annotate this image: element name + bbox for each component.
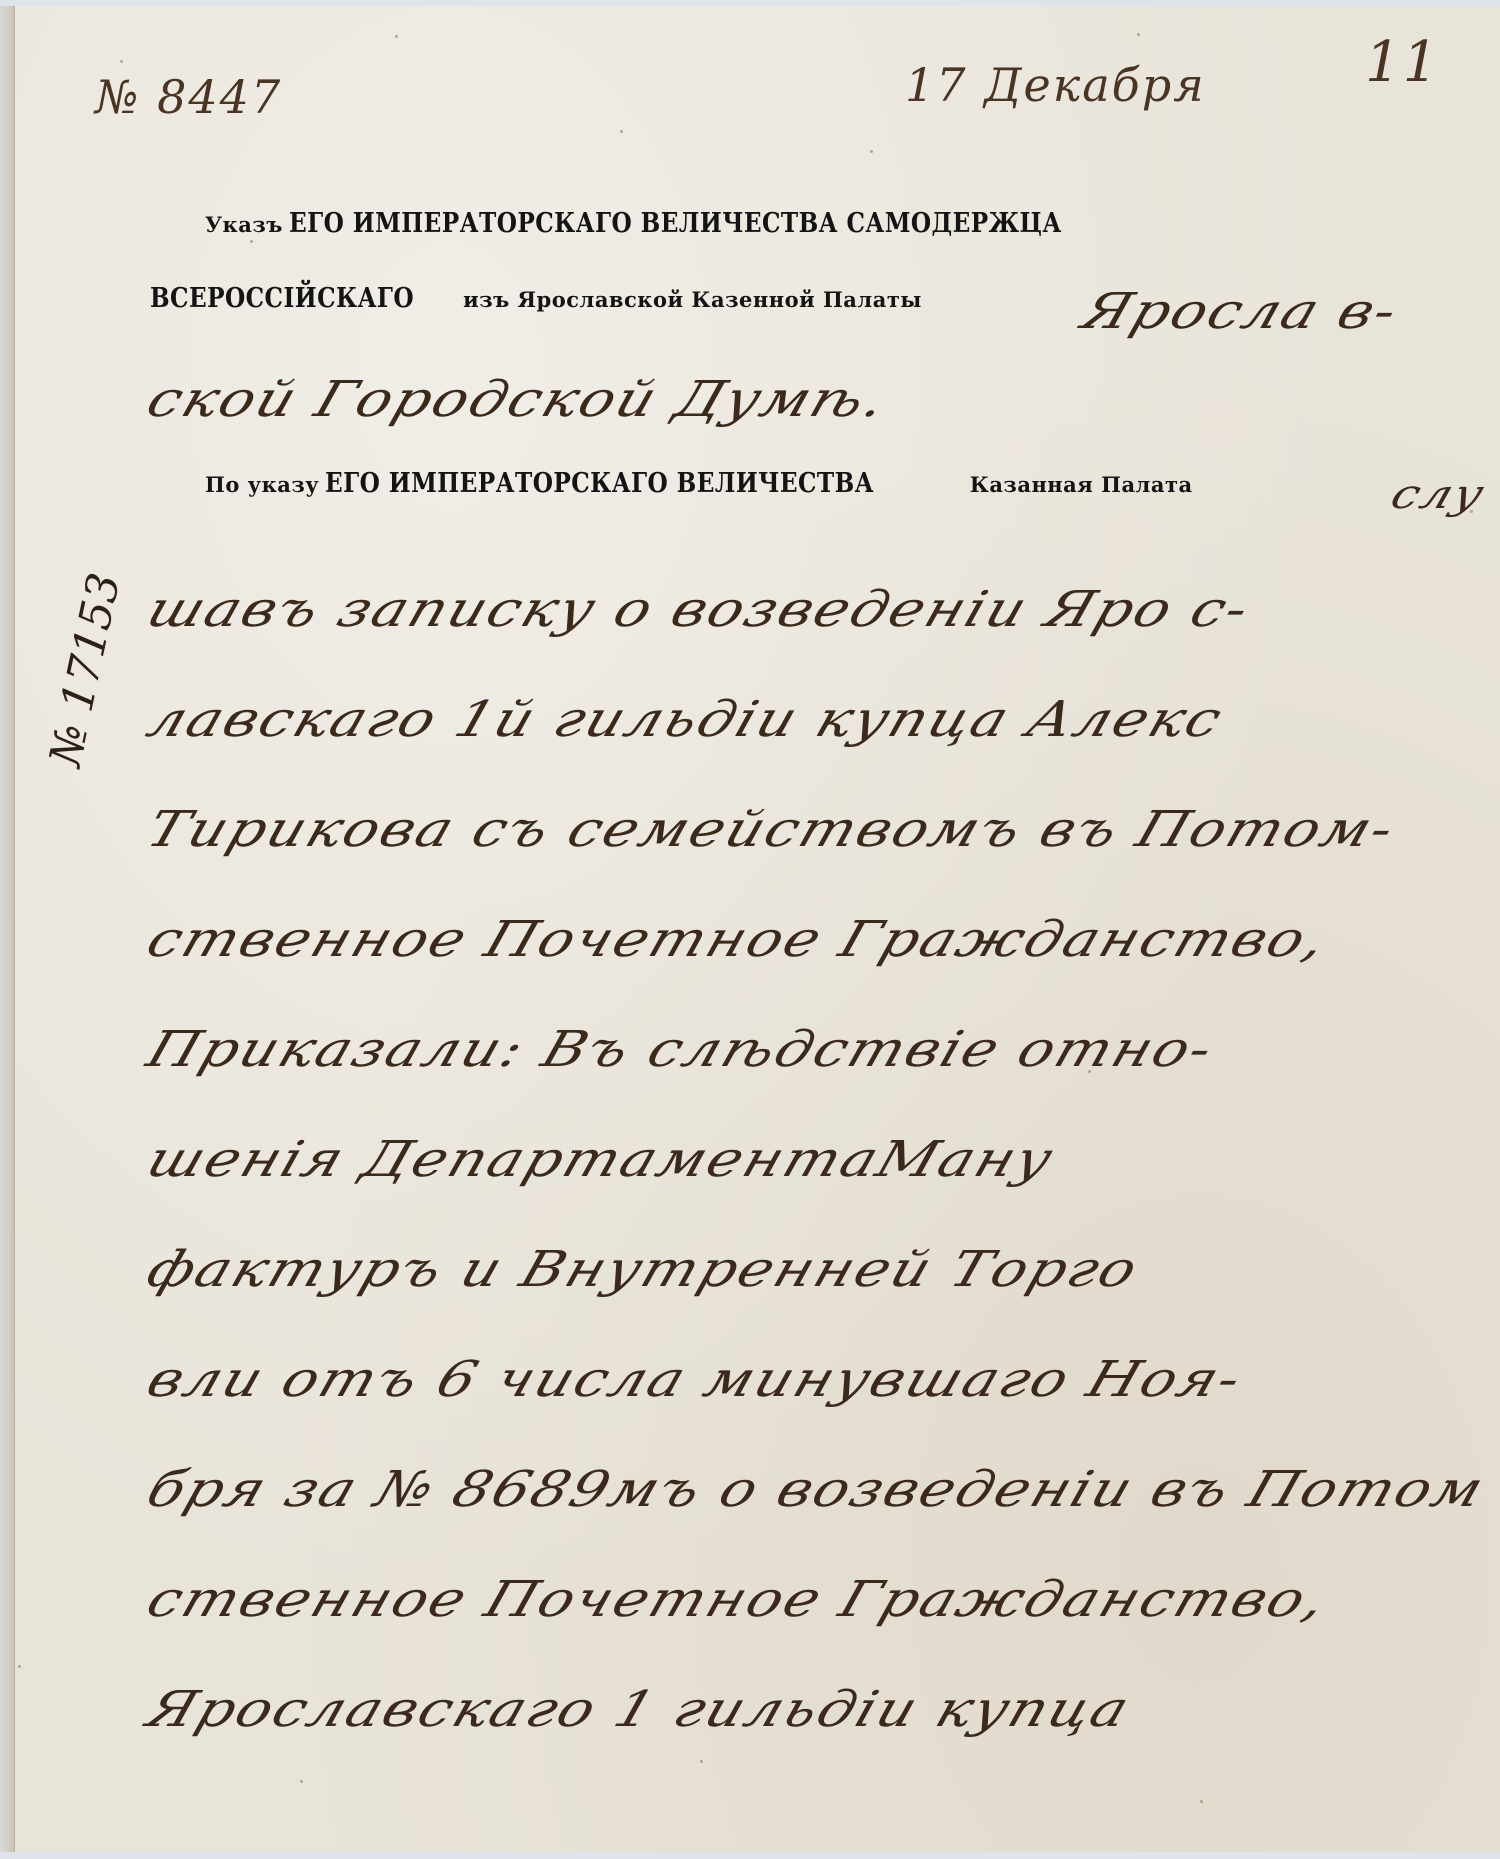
- printed-title-line1: Указъ ЕГО ИМПЕРАТОРСКАГО ВЕЛИЧЕСТВА САМО…: [205, 208, 1187, 239]
- handwritten-line: ственное Почетное Гражданство,: [140, 1570, 1335, 1628]
- printed-prefix: По указу: [205, 472, 319, 497]
- handwritten-line: Тирикова съ семействомъ въ Потом-: [140, 800, 1403, 858]
- handwritten-line: Ярославскаго 1 гильдіи купца: [140, 1680, 1138, 1738]
- handwritten-line: лавскаго 1й гильдіи купца Алекс: [140, 690, 1231, 748]
- handwritten-line-tail: слу: [1385, 470, 1492, 518]
- handwritten-line: фактуръ и Внутренней Торго: [140, 1240, 1146, 1298]
- printed-caps: ВСЕРОССІЙСКАГО: [150, 283, 414, 314]
- handwritten-line: Приказали: Въ слѣдствіе отно-: [140, 1020, 1222, 1078]
- handwritten-line: бря за № 8689мъ о возведеніи въ Потом: [140, 1460, 1493, 1518]
- printed-caps: ЕГО ИМПЕРАТОРСКАГО ВЕЛИЧЕСТВА: [325, 468, 874, 499]
- printed-prefix: Указъ: [205, 212, 283, 237]
- page-number: 11: [1365, 30, 1440, 95]
- handwritten-line: шавъ записку о возведеніи Яро с-: [140, 580, 1258, 638]
- paper-binding-edge: [0, 6, 15, 1852]
- handwritten-line: вли отъ 6 числа минувшаго Ноя-: [140, 1350, 1250, 1408]
- handwritten-line: ственное Почетное Гражданство,: [140, 910, 1335, 968]
- document-date: 17 Декабря: [905, 58, 1206, 112]
- printed-rest: изъ Ярославской Казенной Палаты: [463, 287, 922, 312]
- handwritten-line: шенія ДепартаментаМану: [140, 1130, 1062, 1188]
- printed-title-line2: ВСЕРОССІЙСКАГО изъ Ярославской Казенной …: [150, 283, 922, 314]
- printed-rest: Казанная Палата: [970, 472, 1193, 497]
- printed-caps: ЕГО ИМПЕРАТОРСКАГО ВЕЛИЧЕСТВА САМОДЕРЖЦА: [289, 208, 1062, 239]
- handwritten-addressee-start: Яросла в-: [1075, 282, 1406, 340]
- registry-number: № 8447: [95, 70, 282, 124]
- handwritten-addressee: ской Городской Думѣ.: [140, 370, 895, 428]
- printed-body-line: По указу ЕГО ИМПЕРАТОРСКАГО ВЕЛИЧЕСТВА К…: [205, 468, 1193, 499]
